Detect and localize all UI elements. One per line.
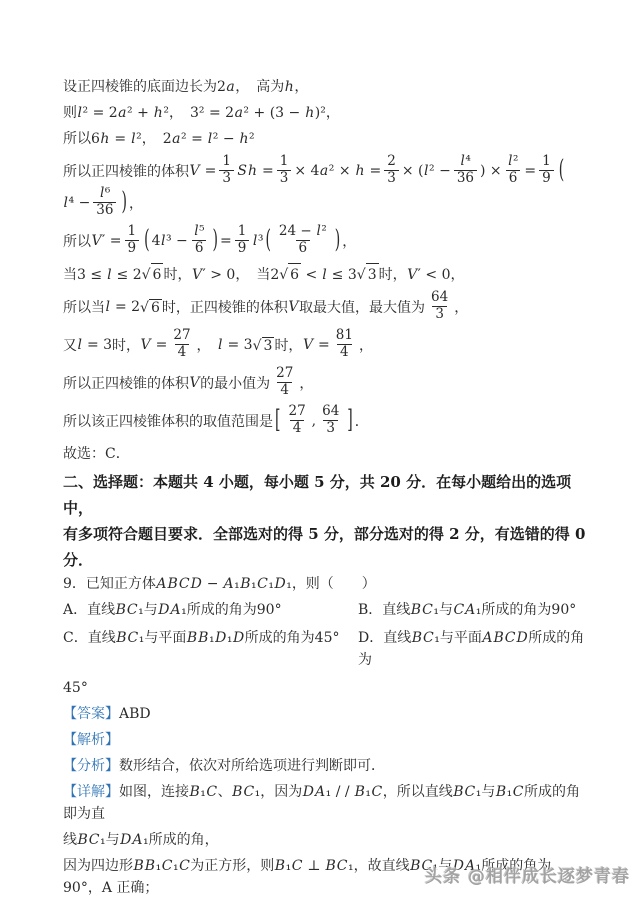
cjk-text: D．直线	[358, 630, 411, 646]
big-delimiter: )	[213, 226, 218, 255]
text-line: 【答案】ABD	[63, 703, 588, 725]
big-delimiter: ]	[347, 406, 352, 435]
cjk-text: 时，	[379, 267, 407, 283]
math-run: V	[189, 375, 200, 391]
cjk-text: 与	[144, 602, 158, 618]
cjk-text: 为正方形，则	[190, 858, 274, 874]
math-run: × (l² −	[402, 163, 451, 179]
cjk-text: ，	[129, 193, 143, 213]
big-delimiter: (	[265, 226, 270, 255]
cjk-text: 时，正四棱锥的体积	[162, 297, 288, 317]
formula-line: 所以该正四棱锥体积的取值范围是[274,643]．	[63, 405, 588, 437]
cjk-text: 所成的角为90°	[481, 602, 576, 618]
math-run: × 4a² × h =	[294, 163, 381, 179]
cjk-text: B．直线	[358, 602, 410, 618]
cjk-text: ，因为	[260, 784, 302, 800]
cjk-text: 当	[63, 267, 77, 283]
text-line: 所以6h = l²， 2a² = l² − h²	[63, 128, 588, 150]
cjk-text: 时，	[274, 335, 302, 355]
math-run: l = 2	[105, 299, 140, 315]
cjk-text: 时，	[163, 267, 191, 283]
cjk-text: ，所以直线	[383, 784, 453, 800]
text-line: 9．已知正方体ABCD − A₁B₁C₁D₁，则（ ）	[63, 573, 588, 595]
math-run: V′ =	[91, 233, 122, 249]
fraction: l⁴36	[454, 154, 477, 186]
cjk-text: 设正四棱锥的底面边长为	[63, 79, 217, 95]
math-run: V′ < 0	[407, 267, 451, 283]
math-run: < l ≤ 3	[301, 267, 357, 283]
radical-sign-icon: √	[142, 264, 151, 286]
cjk-text: C．直线	[63, 630, 116, 646]
math-run: DA₁	[158, 602, 187, 618]
cjk-text: 所以正四棱锥的体积	[63, 373, 189, 393]
math-run: BC₁	[116, 630, 145, 646]
fraction: 274	[285, 404, 308, 436]
text-line: 【详解】如图，连接B₁C、BC₁，因为DA₁ / / B₁C，所以直线BC₁与B…	[63, 781, 588, 825]
cjk-text: 因为四边形	[63, 858, 133, 874]
math-run: BC₁	[77, 832, 106, 848]
formula-line: 所以V′ =19(4l³ −l⁵6)=19l³(24 − l²6)，	[63, 225, 588, 257]
cjk-text: 所以	[63, 231, 91, 251]
fraction: l²6	[505, 154, 522, 186]
fraction: 13	[219, 154, 234, 186]
cjk-text: 线	[63, 832, 77, 848]
section-label: 【分析】	[63, 758, 119, 774]
math-run: h	[284, 79, 294, 95]
cjk-text: 如图，连接	[119, 784, 189, 800]
math-run: l³	[252, 233, 263, 249]
radical-sign-icon: √	[357, 264, 366, 286]
big-delimiter: )	[121, 188, 126, 217]
fraction: 19	[125, 224, 140, 256]
cjk-text: 与平面	[144, 630, 186, 646]
math-run: 2a	[217, 79, 235, 95]
cjk-text: 、	[218, 784, 232, 800]
fraction: 19	[235, 224, 250, 256]
big-delimiter: (	[144, 226, 149, 255]
cjk-text: 所以	[63, 131, 91, 147]
cjk-text: ，	[299, 373, 313, 393]
fraction: l⁵6	[191, 224, 208, 256]
math-run: B₁C	[495, 784, 524, 800]
cjk-text: 与	[106, 832, 120, 848]
cjk-text: 所以该正四棱锥体积的取值范围是	[63, 411, 273, 431]
fraction: 23	[384, 154, 399, 186]
fraction: 643	[428, 290, 451, 322]
math-run: BC₁	[453, 784, 482, 800]
fraction: 19	[539, 154, 554, 186]
cjk-text: 时，	[112, 335, 140, 355]
big-delimiter: )	[335, 226, 340, 255]
math-run: BB₁C₁C	[133, 858, 190, 874]
document-body: 设正四棱锥的底面边长为2a， 高为h，则l² = 2a² + h²， 3² = …	[63, 76, 588, 903]
sqrt: √6	[140, 299, 162, 316]
fraction: l⁶36	[93, 186, 116, 218]
math-run: ,	[312, 413, 316, 429]
math-run: V =	[140, 337, 167, 353]
cjk-text: 9．已知正方体	[63, 576, 156, 592]
math-run: 2	[270, 267, 279, 283]
options-row: A．直线BC₁与DA₁所成的角为90°B．直线BC₁与CA₁所成的角为90°	[63, 599, 588, 621]
math-run: ) ×	[480, 163, 502, 179]
cjk-text: 取最大值，最大值为	[299, 297, 425, 317]
option-right: B．直线BC₁与CA₁所成的角为90°	[358, 599, 588, 621]
math-run: Sh =	[237, 163, 274, 179]
cjk-text: 则	[63, 105, 77, 121]
big-delimiter: [	[275, 406, 280, 435]
cjk-text: ，则（ ）	[292, 576, 376, 592]
cjk-text: 所成的角为45°	[245, 630, 340, 646]
text-line: 故选：C．	[63, 443, 588, 465]
cjk-text: ，	[454, 297, 468, 317]
formula-line: 所以当l = 2√6时，正四棱锥的体积V取最大值，最大值为643，	[63, 291, 588, 323]
cjk-text: ， 当	[235, 267, 270, 283]
math-run: DA₁	[120, 832, 149, 848]
math-run: BB₁D₁D	[186, 630, 244, 646]
text-line: 【解析】	[63, 729, 588, 751]
text-line: 【分析】数形结合，依次对所给选项进行判断即可．	[63, 755, 588, 777]
fraction: 814	[333, 328, 356, 360]
radical-sign-icon: √	[253, 338, 262, 354]
option-left: C．直线BC₁与平面BB₁D₁D所成的角为45°	[63, 627, 358, 671]
text-line: 二、选择题：本题共 4 小题，每小题 5 分，共 20 分．在每小题给出的选项中…	[63, 469, 588, 521]
math-run: 4l³ −	[152, 233, 188, 249]
fraction: 274	[273, 366, 296, 398]
math-run: V =	[302, 337, 329, 353]
cjk-text: 45°	[63, 680, 88, 696]
math-run: BC₁	[232, 784, 261, 800]
cjk-text: 故选：C．	[63, 446, 130, 462]
cjk-text: ABD	[119, 706, 151, 722]
cjk-text: 与平面	[440, 630, 482, 646]
math-run: ABCD	[482, 630, 528, 646]
math-run: 3² = 2a² + (3 − h)²	[190, 105, 326, 121]
cjk-text: 所以当	[63, 297, 105, 317]
cjk-text: 有多项符合题目要求．全部选对的得 5 分，部分选对的得 2 分，有选错的得 0	[63, 525, 585, 543]
cjk-text: ，	[169, 105, 190, 121]
math-run: l² = 2a² + h²	[77, 105, 169, 121]
option-right: D．直线BC₁与平面ABCD所成的角为	[358, 627, 588, 671]
sqrt: √6	[142, 263, 164, 286]
math-run: BC₁	[115, 602, 144, 618]
radical-sign-icon: √	[140, 300, 149, 316]
math-run: BC₁	[411, 630, 440, 646]
fraction: 13	[277, 154, 292, 186]
cjk-text: ，	[294, 79, 308, 95]
cjk-text: ，	[342, 231, 356, 251]
cjk-text: ，	[197, 335, 218, 355]
math-run: DA₁ / / B₁C	[302, 784, 382, 800]
math-run: 2a² = l² − h²	[163, 131, 255, 147]
text-line: 线BC₁与DA₁所成的角，	[63, 829, 588, 851]
sqrt: √6	[279, 263, 301, 286]
section-label: 【答案】	[63, 706, 119, 722]
formula-line: 所以正四棱锥的体积V =13Sh =13× 4a² × h =23× (l² −…	[63, 155, 588, 219]
option-left: A．直线BC₁与DA₁所成的角为90°	[63, 599, 358, 621]
cjk-text: 又	[63, 335, 77, 355]
toutiao-watermark: 头条 @相伴成长逐梦青春	[425, 862, 630, 887]
math-run: V	[288, 299, 299, 315]
section-label: 【详解】	[63, 784, 119, 800]
options-row: C．直线BC₁与平面BB₁D₁D所成的角为45°D．直线BC₁与平面ABCD所成…	[63, 627, 588, 671]
cjk-text: A．直线	[63, 602, 115, 618]
math-run: CA₁	[453, 602, 481, 618]
formula-line: 所以正四棱锥的体积V的最小值为274，	[63, 367, 588, 399]
math-run: l = 3	[218, 337, 253, 353]
cjk-text: 所以正四棱锥的体积	[63, 161, 189, 181]
big-delimiter: (	[559, 156, 564, 185]
cjk-text: ， 高为	[235, 79, 284, 95]
cjk-text: ．	[355, 411, 369, 431]
text-line: 45°	[63, 677, 588, 699]
math-run: V′ > 0	[191, 267, 235, 283]
cjk-text: 二、选择题：本题共 4 小题，每小题 5 分，共 20 分．在每小题给出的选项中…	[63, 473, 571, 517]
fraction: 274	[170, 328, 193, 360]
math-run: ABCD − A₁B₁C₁D₁	[156, 576, 292, 592]
math-run: B₁C	[189, 784, 218, 800]
cjk-text: 所成的角为90°	[187, 602, 282, 618]
text-line: 设正四棱锥的底面边长为2a， 高为h，	[63, 76, 588, 98]
cjk-text: ，	[359, 335, 373, 355]
math-run: =	[524, 163, 536, 179]
cjk-text: 与	[481, 784, 495, 800]
math-run: V =	[189, 163, 216, 179]
sqrt: √3	[253, 337, 275, 354]
fraction: 24 − l²6	[276, 224, 330, 256]
math-run: =	[220, 233, 232, 249]
math-solution-page: 设正四棱锥的底面边长为2a， 高为h，则l² = 2a² + h²， 3² = …	[0, 0, 640, 905]
cjk-text: 的最小值为	[200, 373, 270, 393]
formula-line: 又l = 3时，V =274， l = 3√3时，V =814，	[63, 329, 588, 361]
cjk-text: 数形结合，依次对所给选项进行判断即可．	[119, 758, 385, 774]
cjk-text: 与	[439, 602, 453, 618]
radical-sign-icon: √	[279, 264, 288, 286]
math-run: BC₁	[410, 602, 439, 618]
cjk-text: 所成的角，	[149, 832, 219, 848]
fraction: 643	[319, 404, 342, 436]
text-line: 则l² = 2a² + h²， 3² = 2a² + (3 − h)²，	[63, 102, 588, 124]
sqrt: √3	[357, 263, 379, 286]
cjk-text: ，	[451, 267, 465, 283]
math-run: l⁴ −	[63, 195, 90, 211]
cjk-text: 分．	[63, 551, 93, 569]
cjk-text: ，故直线	[354, 858, 410, 874]
text-line: 当3 ≤ l ≤ 2√6时，V′ > 0， 当2√6 < l ≤ 3√3时，V′…	[63, 263, 588, 286]
text-line: 有多项符合题目要求．全部选对的得 5 分，部分选对的得 2 分，有选错的得 0	[63, 521, 588, 547]
math-run: l = 3	[77, 337, 112, 353]
cjk-text: ，	[142, 131, 163, 147]
section-label: 【解析】	[63, 732, 119, 748]
math-run: B₁C ⊥ BC₁	[274, 858, 353, 874]
text-line: 分．	[63, 547, 588, 573]
math-run: 3 ≤ l ≤ 2	[77, 267, 142, 283]
cjk-text: ，	[326, 105, 340, 121]
math-run: 6h = l²	[91, 131, 142, 147]
